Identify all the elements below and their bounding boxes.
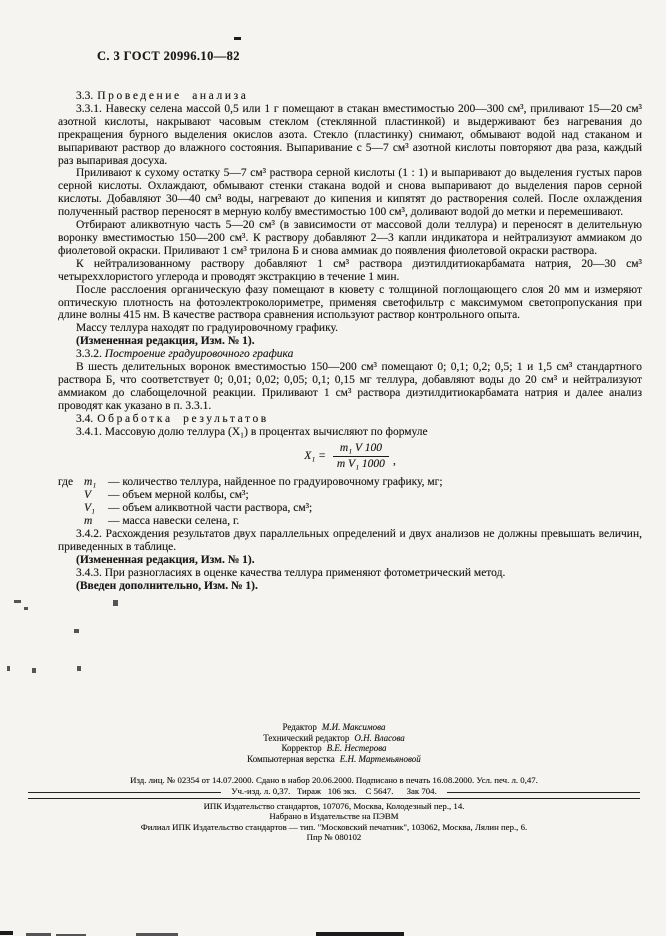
page-header: С. 3 ГОСТ 20996.10—82 [97, 49, 240, 64]
legend-symbol: V [84, 489, 108, 502]
scan-artifact [24, 607, 28, 610]
legend-row-m1: где m₁ — количество теллура, найденное п… [58, 476, 642, 489]
editor-name: М.И. Максимова [317, 722, 386, 732]
editor-name: Е.Н. Мартемьяновой [335, 754, 421, 764]
publisher-line: Ппр № 080102 [28, 832, 640, 843]
formula-fraction: m₁ V 100 m V₁ 1000 [333, 442, 389, 471]
paragraph-3-4-1: 3.4.1. Массовую долю теллура (X₁) в проц… [58, 426, 642, 439]
paragraph-optical-density: После расслоения органическую фазу помещ… [58, 284, 642, 323]
legend-lead-empty [58, 489, 84, 502]
scan-artifact [74, 629, 79, 633]
paragraph-mass-graph: Массу теллура находят по градуировочному… [58, 322, 642, 335]
legend-text: — масса навески селена, г. [108, 515, 642, 528]
imprint-line-2: Уч.-изд. л. 0,37. Тираж 106 экз. С 5647.… [28, 786, 640, 797]
section-number-3-3-2: 3.3.2. [76, 348, 102, 360]
scan-artifact [113, 600, 118, 606]
section-title-3-4: Обработка результатов [93, 413, 269, 425]
paragraph-3-4-2: 3.4.2. Расхождения результатов двух пара… [58, 528, 642, 554]
imprint-line-1: Изд. лиц. № 02354 от 14.07.2000. Сдано в… [28, 775, 640, 786]
formula-legend: где m₁ — количество теллура, найденное п… [58, 476, 642, 528]
editor-line: Компьютерная версткаЕ.Н. Мартемьяновой [28, 754, 640, 765]
legend-row-v1: V₁ — объем аликвотной части раствора, см… [58, 502, 642, 515]
scan-artifact [77, 666, 81, 671]
section-number-3-3: 3.3. [76, 90, 93, 102]
publisher-line: Набрано в Издательстве на ПЭВМ [28, 811, 640, 822]
editor-role: Корректор [281, 743, 321, 753]
scanned-document-page: С. 3 ГОСТ 20996.10—82 3.3.Проведение ана… [0, 0, 666, 936]
editor-line: РедакторМ.И. Максимова [28, 722, 640, 733]
scan-artifact [7, 666, 10, 671]
mass-fraction-formula: X₁ = m₁ V 100 m V₁ 1000 , [58, 442, 642, 471]
paragraph-neutralized: К нейтрализованному раствору добавляют 1… [58, 258, 642, 284]
formula-denominator: m V₁ 1000 [333, 457, 389, 471]
legend-text: — объем аликвотной части раствора, см³; [108, 502, 642, 515]
editor-role: Редактор [283, 722, 317, 732]
legend-text: — количество теллура, найденное по граду… [108, 476, 642, 489]
paragraph-3-4-3: 3.4.3. При разногласиях в оценке качеств… [58, 567, 642, 580]
editor-role: Технический редактор [263, 733, 349, 743]
formula-trailing-comma: , [393, 445, 396, 468]
amendment-note-2: (Измененная редакция, Изм. № 1). [58, 554, 642, 567]
legend-symbol: m₁ [84, 476, 108, 489]
section-heading-3-4: 3.4.Обработка результатов [58, 413, 642, 426]
legend-lead-empty [58, 502, 84, 515]
editor-line: КорректорВ.Е. Нестерова [28, 743, 640, 754]
legend-symbol: m [84, 515, 108, 528]
publisher-line: Филиал ИПК Издательство стандартов — тип… [28, 822, 640, 833]
scan-artifact [32, 668, 36, 673]
legend-lead: где [58, 476, 84, 489]
editor-name: О.Н. Власова [349, 733, 404, 743]
horizontal-rule [28, 798, 640, 799]
editor-line: Технический редакторО.Н. Власова [28, 733, 640, 744]
rule-segment-left [28, 792, 221, 793]
section-title-3-3-2: Построение градуировочного графика [105, 348, 294, 360]
imprint-block: Изд. лиц. № 02354 от 14.07.2000. Сдано в… [28, 775, 640, 798]
scan-artifact [234, 37, 241, 40]
amendment-note-3: (Введен дополнительно, Изм. № 1). [58, 580, 642, 593]
formula-numerator: m₁ V 100 [333, 442, 389, 457]
imprint-line-2-text: Уч.-изд. л. 0,37. Тираж 106 экз. С 5647.… [221, 786, 447, 797]
paragraph-3-3-1: 3.3.1. Навеску селена массой 0,5 или 1 г… [58, 103, 642, 168]
section-title-3-3: Проведение анализа [93, 90, 248, 102]
colophon: РедакторМ.И. Максимова Технический редак… [28, 722, 640, 843]
section-number-3-4: 3.4. [76, 413, 93, 425]
publisher-line: ИПК Издательство стандартов, 107076, Мос… [28, 801, 640, 812]
amendment-note-1: (Измененная редакция, Изм. № 1). [58, 335, 642, 348]
scan-artifact [14, 600, 21, 603]
section-heading-3-3: 3.3.Проведение анализа [58, 90, 642, 103]
editor-role: Компьютерная верстка [247, 754, 335, 764]
formula-lhs: X₁ = [304, 450, 326, 463]
legend-text: — объем мерной колбы, см³; [108, 489, 642, 502]
rule-segment-right [447, 792, 640, 793]
publisher-block: ИПК Издательство стандартов, 107076, Мос… [28, 801, 640, 843]
paragraph-aliquot: Отбирают аликвотную часть 5—20 см³ (в за… [58, 219, 642, 258]
paragraph-calibration: В шесть делительных воронок вместимостью… [58, 361, 642, 413]
legend-row-v: V — объем мерной колбы, см³; [58, 489, 642, 502]
editor-name: В.Е. Нестерова [322, 743, 387, 753]
section-heading-3-3-2: 3.3.2. Построение градуировочного график… [58, 348, 642, 361]
legend-lead-empty [58, 515, 84, 528]
scan-artifact [316, 932, 404, 936]
scan-artifact [0, 931, 13, 935]
legend-symbol: V₁ [84, 502, 108, 515]
document-body: 3.3.Проведение анализа 3.3.1. Навеску се… [58, 90, 642, 592]
paragraph-sulfuric-acid: Приливают к сухому остатку 5—7 см³ раств… [58, 167, 642, 219]
legend-row-m: m — масса навески селена, г. [58, 515, 642, 528]
